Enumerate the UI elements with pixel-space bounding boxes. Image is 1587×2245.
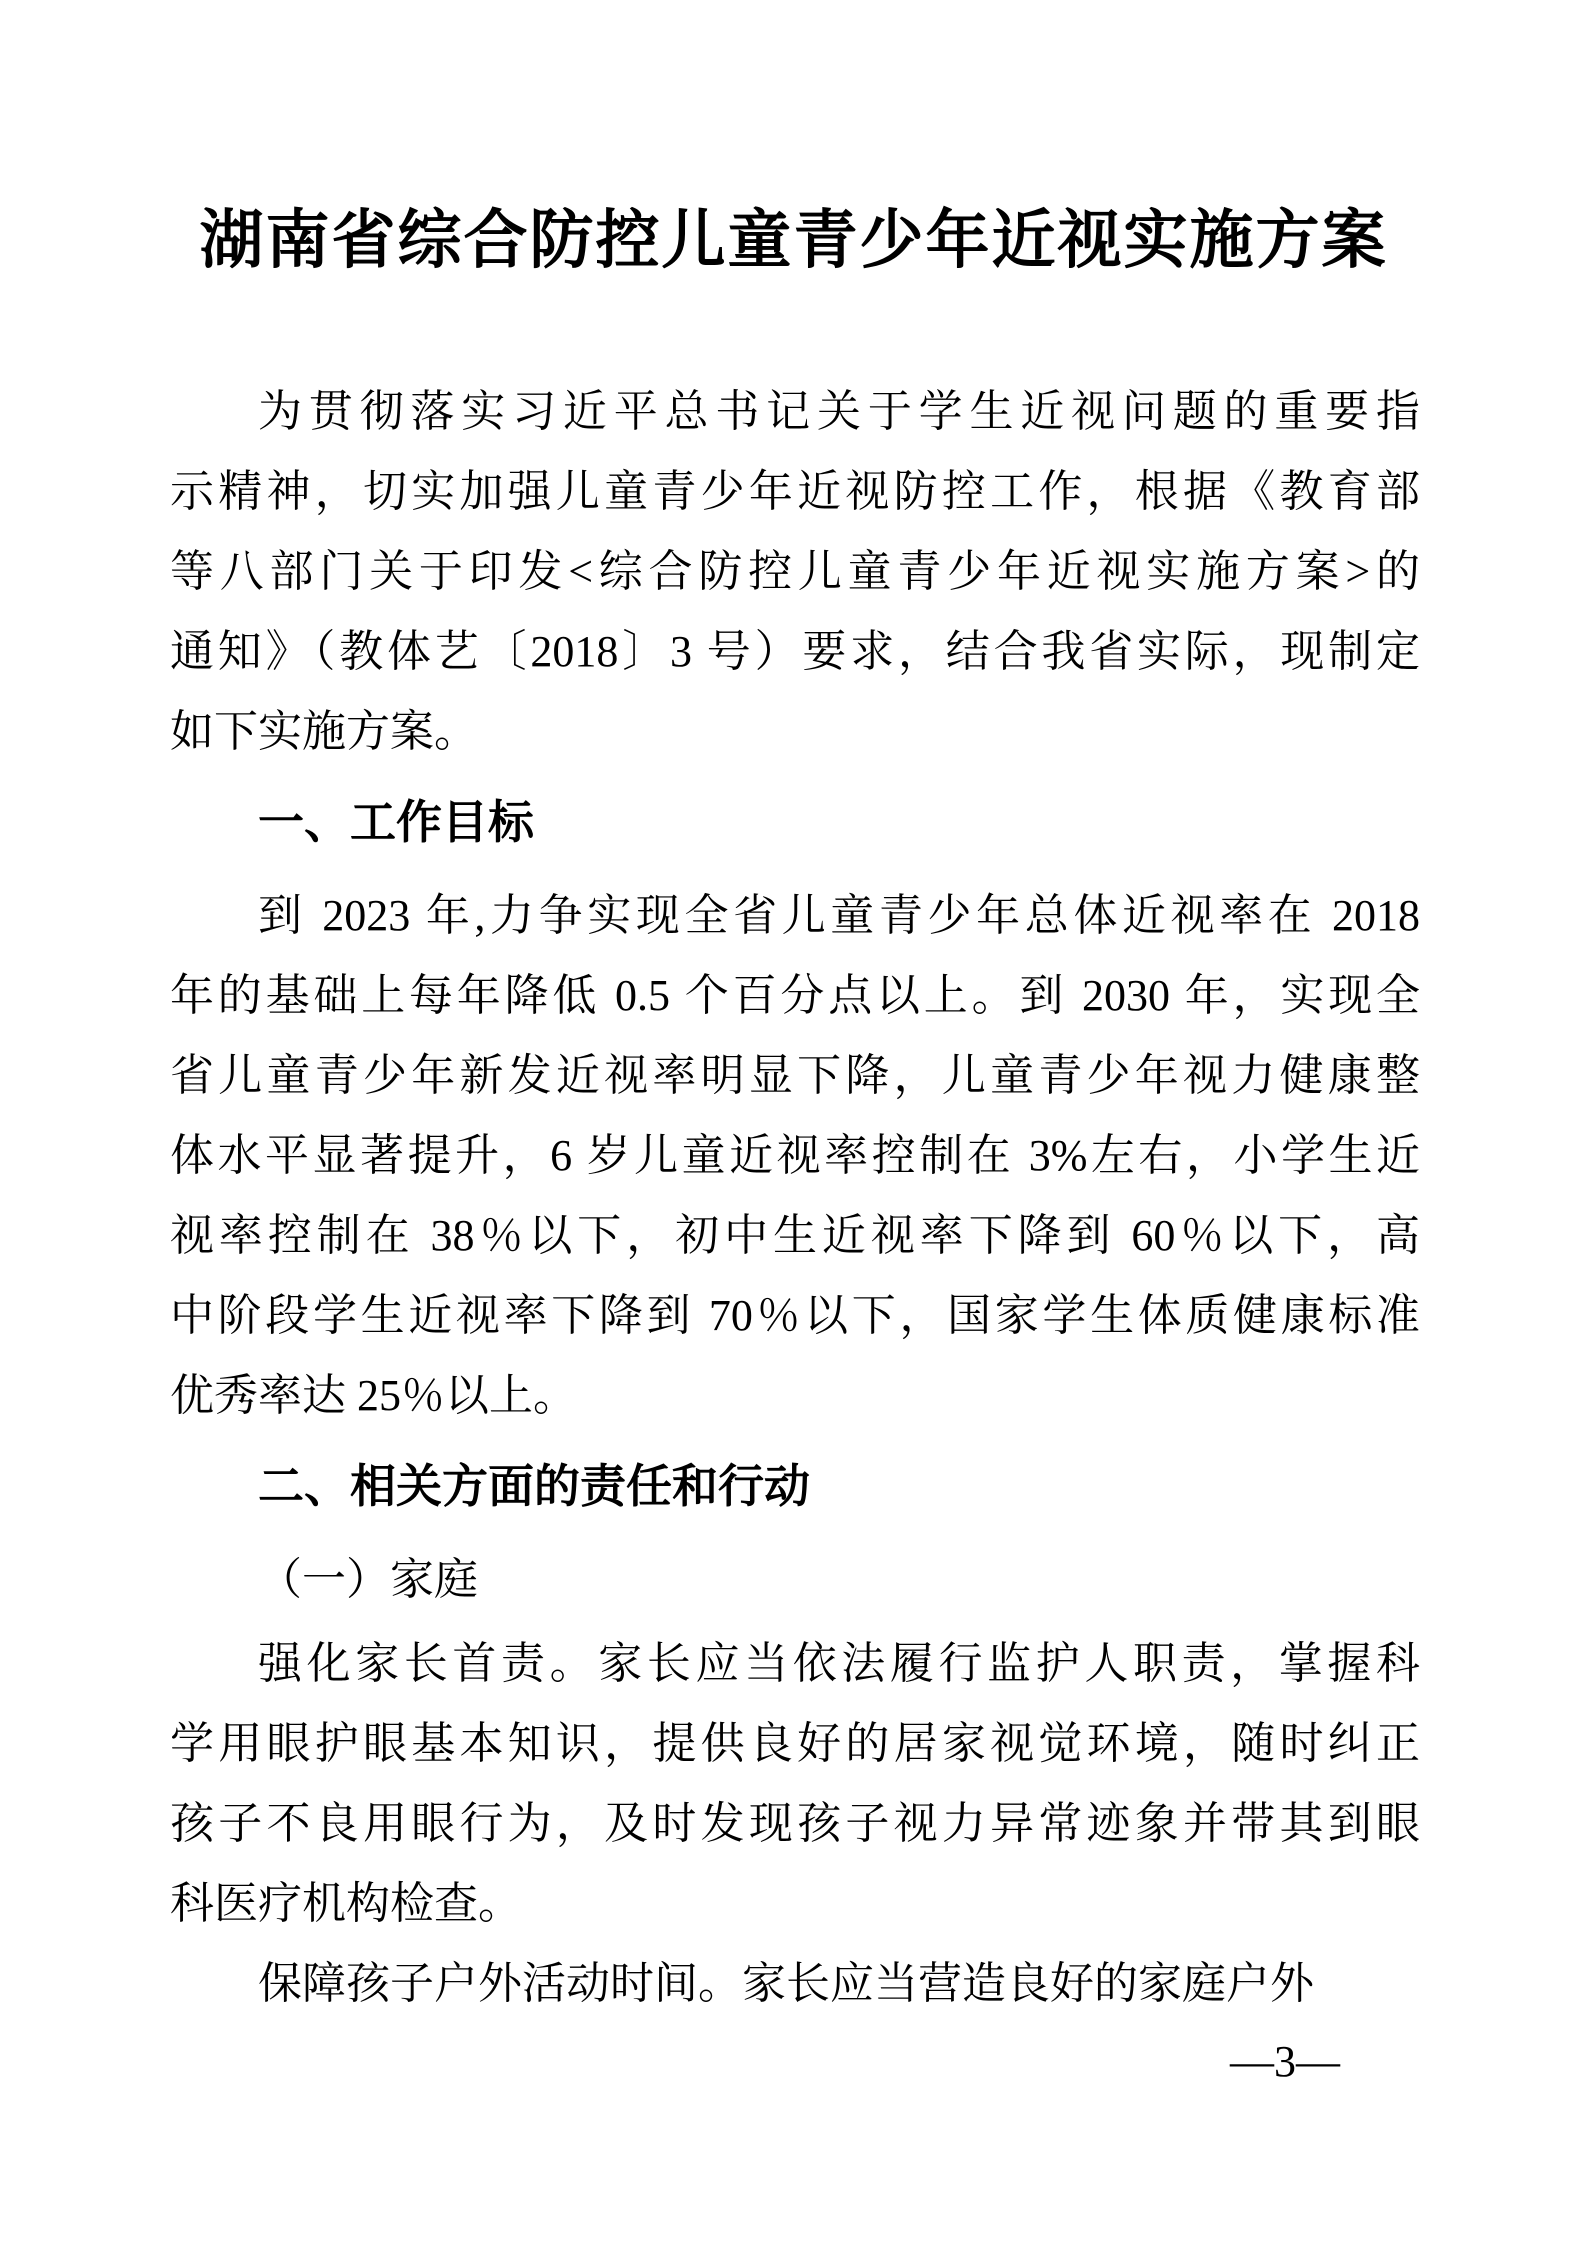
text-line: 中阶段学生近视率下降到 70％以下，国家学生体质健康标准 [170,1276,1420,1356]
paragraph: 强化家长首责。家长应当依法履行监护人职责，掌握科学用眼护眼基本知识，提供良好的居… [170,1624,1420,1944]
text-line: 为贯彻落实习近平总书记关于学生近视问题的重要指 [170,372,1420,452]
text-line: 优秀率达 25％以上。 [170,1356,1420,1436]
text-line: 等八部门关于印发<综合防控儿童青少年近视实施方案>的 [170,532,1420,612]
paragraph: 到 2023 年,力争实现全省儿童青少年总体近视率在 2018年的基础上每年降低… [170,876,1420,1436]
text-line: 强化家长首责。家长应当依法履行监护人职责，掌握科 [170,1624,1420,1704]
document-page: 湖南省综合防控儿童青少年近视实施方案 为贯彻落实习近平总书记关于学生近视问题的重… [0,0,1587,2245]
paragraph: 保障孩子户外活动时间。家长应当营造良好的家庭户外 [170,1944,1420,2024]
text-line: 省儿童青少年新发近视率明显下降，儿童青少年视力健康整 [170,1036,1420,1116]
document-content: 为贯彻落实习近平总书记关于学生近视问题的重要指示精神，切实加强儿童青少年近视防控… [170,372,1420,2024]
text-line: 孩子不良用眼行为，及时发现孩子视力异常迹象并带其到眼 [170,1784,1420,1864]
text-line: 视率控制在 38％以下，初中生近视率下降到 60％以下，高 [170,1196,1420,1276]
text-line: 科医疗机构检查。 [170,1864,1420,1944]
sub-heading: （一）家庭 [170,1540,1420,1620]
section-heading: 二、相关方面的责任和行动 [170,1446,1420,1526]
text-line: 年的基础上每年降低 0.5 个百分点以上。到 2030 年，实现全 [170,956,1420,1036]
document-title: 湖南省综合防控儿童青少年近视实施方案 [0,0,1587,286]
section-heading: 一、工作目标 [170,782,1420,862]
text-line: 示精神，切实加强儿童青少年近视防控工作，根据《教育部 [170,452,1420,532]
page-number: —3— [1230,2032,1340,2092]
text-line: 通知》（教体艺〔2018〕3 号）要求，结合我省实际，现制定 [170,612,1420,692]
text-line: 保障孩子户外活动时间。家长应当营造良好的家庭户外 [170,1944,1420,2024]
text-line: 如下实施方案。 [170,692,1420,772]
paragraph: 为贯彻落实习近平总书记关于学生近视问题的重要指示精神，切实加强儿童青少年近视防控… [170,372,1420,772]
text-line: 到 2023 年,力争实现全省儿童青少年总体近视率在 2018 [170,876,1420,956]
text-line: 体水平显著提升，6 岁儿童近视率控制在 3%左右，小学生近 [170,1116,1420,1196]
text-line: 学用眼护眼基本知识，提供良好的居家视觉环境，随时纠正 [170,1704,1420,1784]
